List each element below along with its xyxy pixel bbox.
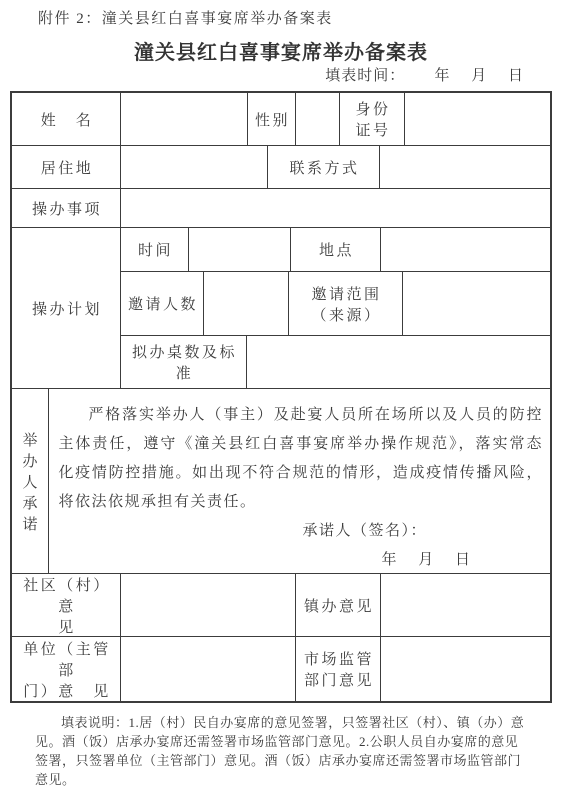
invite-scope-field-cell[interactable]	[402, 272, 550, 335]
time-field-cell[interactable]	[188, 228, 290, 271]
matter-field-cell[interactable]	[120, 189, 550, 227]
residence-field-cell[interactable]	[120, 146, 267, 188]
fill-instructions: 填表说明：1.居（村）民自办宴席的意见签署，只签署社区（村）、镇（办）意见。酒（…	[35, 713, 527, 786]
id-number-field-cell[interactable]	[404, 93, 550, 145]
town-opinion-label: 镇办意见	[295, 574, 380, 636]
place-label: 地点	[290, 228, 380, 271]
sign-date-line: 年 月 日	[58, 546, 543, 574]
attachment-heading: 附件 2：潼关县红白喜事宴席举办备案表	[38, 7, 333, 28]
table-row: 社区（村）意 见 镇办意见	[12, 573, 550, 636]
plan-label: 操办计划	[12, 228, 120, 388]
page-title: 潼关县红白喜事宴席举办备案表	[0, 36, 562, 65]
unit-opinion-label: 单位（主管部 门）意 见	[12, 637, 120, 701]
invite-scope-label: 邀请范围 （来源）	[288, 272, 402, 335]
table-row: 举办人承诺 严格落实举办人（事主）及赴宴人员所在场所以及人员的防控主体责任，遵守…	[12, 388, 550, 573]
market-opinion-label: 市场监管 部门意见	[295, 637, 380, 701]
table-row: 单位（主管部 门）意 见 市场监管 部门意见	[12, 636, 550, 701]
guest-count-label: 邀请人数	[121, 272, 203, 335]
fill-date-line: 填表时间： 年 月 日	[325, 64, 562, 85]
contact-field-cell[interactable]	[379, 146, 550, 188]
plan-subrow-guests: 邀请人数 邀请范围 （来源）	[121, 271, 550, 335]
name-label: 姓 名	[12, 93, 120, 145]
id-number-label: 身份 证号	[339, 93, 404, 145]
pledge-content-cell: 严格落实举办人（事主）及赴宴人员所在场所以及人员的防控主体责任，遵守《潼关县红白…	[48, 389, 550, 573]
time-label: 时间	[121, 228, 188, 271]
registration-form-table: 姓 名 性别 身份 证号 居住地 联系方式 操办事项 操办计划 时间	[10, 91, 552, 703]
gender-field-cell[interactable]	[295, 93, 339, 145]
table-count-label: 拟办桌数及标 准	[121, 336, 246, 388]
gender-label: 性别	[247, 93, 295, 145]
pledge-label: 举办人承诺	[12, 389, 48, 573]
community-opinion-label: 社区（村）意 见	[12, 574, 120, 636]
plan-subrow-time: 时间 地点	[121, 228, 550, 271]
table-row: 操办事项	[12, 188, 550, 227]
contact-label: 联系方式	[267, 146, 379, 188]
place-field-cell[interactable]	[380, 228, 550, 271]
community-opinion-field-cell[interactable]	[120, 574, 295, 636]
residence-label: 居住地	[12, 146, 120, 188]
plan-subrow-tables: 拟办桌数及标 准	[121, 335, 550, 388]
unit-opinion-field-cell[interactable]	[120, 637, 295, 701]
market-opinion-field-cell[interactable]	[380, 637, 550, 701]
town-opinion-field-cell[interactable]	[380, 574, 550, 636]
pledge-text: 严格落实举办人（事主）及赴宴人员所在场所以及人员的防控主体责任，遵守《潼关县红白…	[58, 401, 543, 517]
matter-label: 操办事项	[12, 189, 120, 227]
document-page: 附件 2：潼关县红白喜事宴席举办备案表 潼关县红白喜事宴席举办备案表 填表时间：…	[0, 0, 562, 786]
name-field-cell[interactable]	[120, 93, 247, 145]
table-row: 操办计划 时间 地点 邀请人数 邀请范围 （来源） 拟办桌数及标 准	[12, 227, 550, 388]
guest-count-field-cell[interactable]	[203, 272, 288, 335]
table-row: 居住地 联系方式	[12, 145, 550, 188]
table-count-field-cell[interactable]	[246, 336, 550, 388]
signer-label: 承诺人（签名）：	[58, 517, 543, 546]
table-row: 姓 名 性别 身份 证号	[12, 93, 550, 145]
plan-subtable: 时间 地点 邀请人数 邀请范围 （来源） 拟办桌数及标 准	[120, 228, 550, 388]
